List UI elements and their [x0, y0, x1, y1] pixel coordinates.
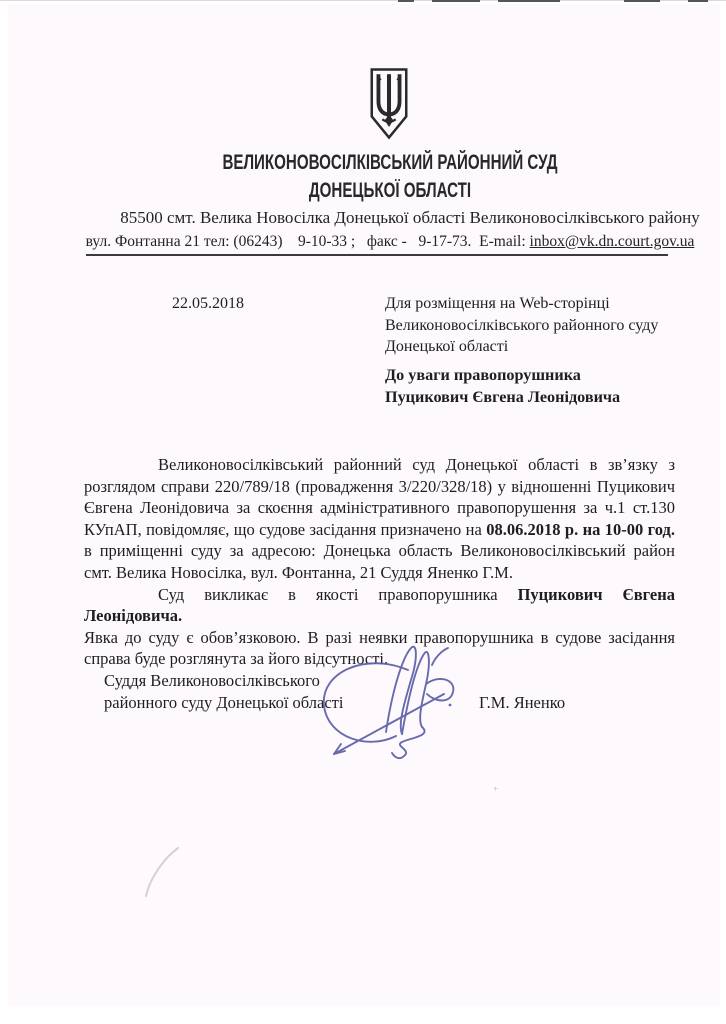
scan-edge-artifact: [398, 0, 414, 2]
court-name-line1: ВЕЛИКОНОВОСІЛКІВСЬКИЙ РАЙОННИЙ СУД: [148, 152, 632, 174]
web-note-line: Донецької області: [385, 336, 658, 358]
web-note-line: Великоновосілківського районного суду: [385, 315, 658, 337]
scan-edge-artifact: [0, 0, 726, 1]
letterhead-divider: [86, 254, 668, 256]
web-posting-note: Для розміщення на Web-сторінці Великонов…: [385, 293, 658, 358]
scan-edge-artifact: [688, 0, 708, 2]
handwritten-signature: [308, 632, 468, 769]
hearing-datetime: 08.06.2018 р. на 10-00 год.: [486, 520, 675, 539]
scan-edge-artifact: [498, 0, 560, 2]
stray-pen-mark: [130, 838, 200, 913]
body-paragraph-defendant: Суд викликає в якості правопорушника Пуц…: [84, 584, 675, 627]
scan-edge-artifact: [624, 0, 660, 2]
attention-line: Пуцикович Євгена Леонідовича: [385, 387, 620, 409]
contact-phones: вул. Фонтанна 21 тел: (06243) 9-10-33 ; …: [86, 233, 530, 250]
court-address: 85500 смт. Велика Новосілка Донецької об…: [97, 208, 723, 228]
scan-speck: +: [493, 784, 498, 794]
judge-name: Г.М. Яненко: [479, 693, 565, 713]
web-note-line: Для розміщення на Web-сторінці: [385, 293, 658, 315]
ukraine-trident-emblem-icon: [366, 66, 412, 147]
court-name-line2: ДОНЕЦЬКОЇ ОБЛАСТІ: [148, 180, 632, 202]
letter-date: 22.05.2018: [172, 295, 244, 313]
scan-edge-artifact: [432, 0, 480, 2]
attention-block: До уваги правопорушника Пуцикович Євгена…: [385, 365, 620, 408]
attention-line: До уваги правопорушника: [385, 365, 620, 387]
court-contact-line: вул. Фонтанна 21 тел: (06243) 9-10-33 ; …: [54, 233, 726, 251]
body-paragraph-summons: Великоновосілківський районний суд Донец…: [84, 454, 675, 584]
court-email: inbox@vk.dn.court.gov.ua: [530, 233, 695, 250]
